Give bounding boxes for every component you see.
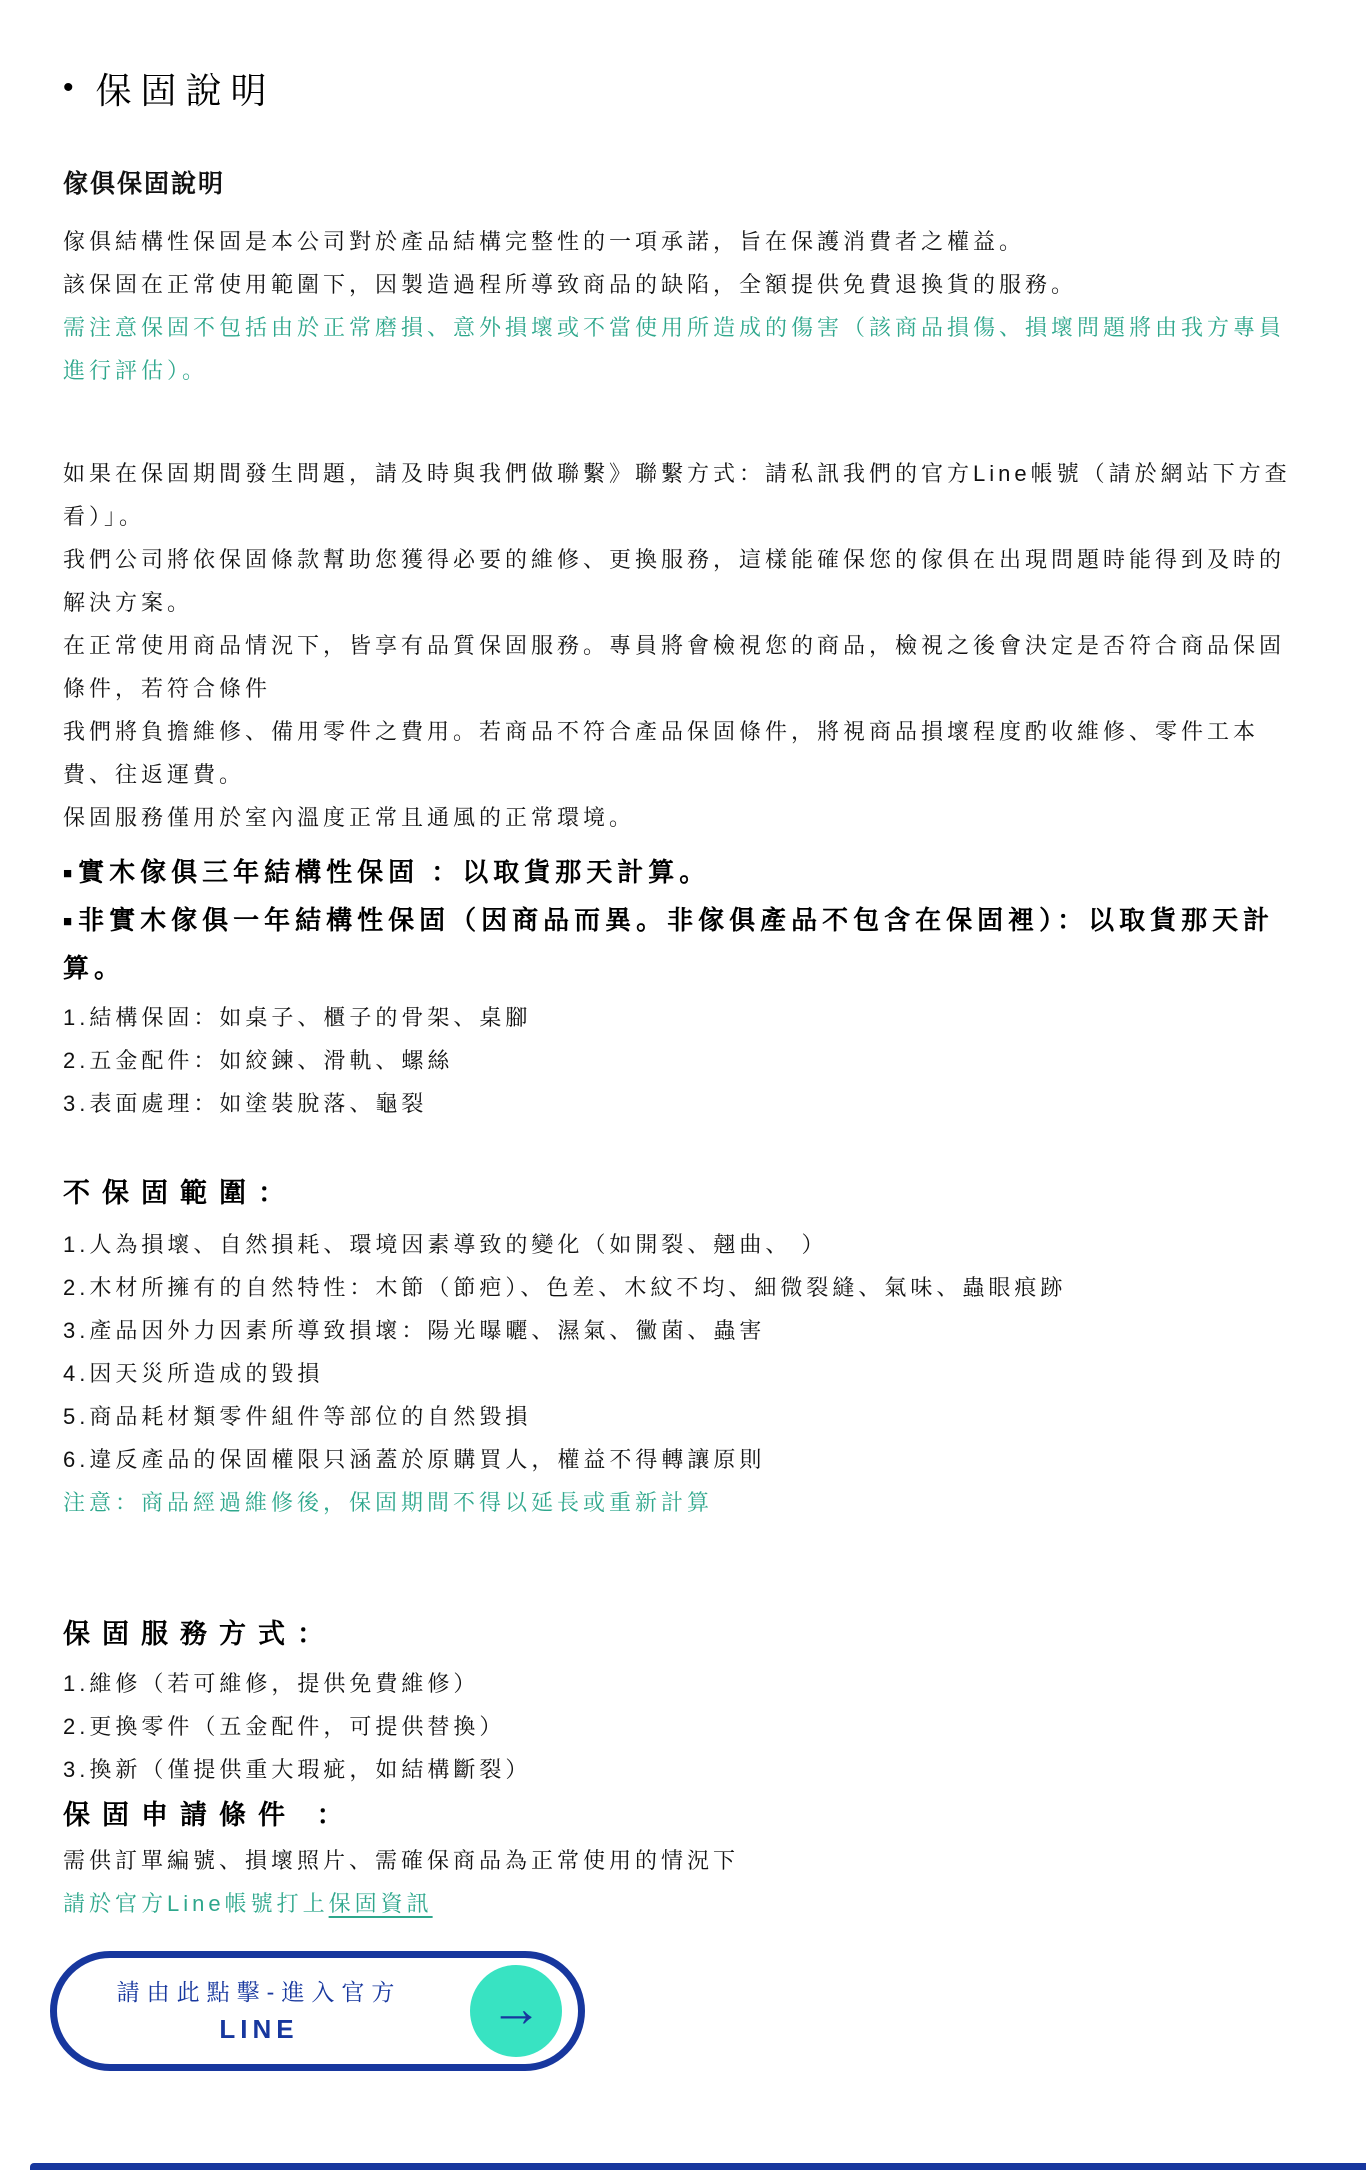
list-item: 2.更換零件（五金配件，可提供替換）	[63, 1705, 1306, 1748]
apply-requirement: 需供訂單編號、損壞照片、需確保商品為正常使用的情況下	[63, 1839, 1306, 1882]
list-item: 2.木材所擁有的自然特性：木節（節疤）、色差、木紋不均、細微裂縫、氣味、蟲眼痕跡	[63, 1266, 1306, 1309]
list-item: 5.商品耗材類零件組件等部位的自然毀損	[63, 1395, 1306, 1438]
policy-paragraph: 保固服務僅用於室內溫度正常且通風的正常環境。	[63, 796, 1306, 839]
exclusions-heading: 不保固範圍：	[63, 1169, 1306, 1217]
service-list: 1.維修（若可維修，提供免費維修） 2.更換零件（五金配件，可提供替換） 3.換…	[63, 1662, 1306, 1791]
policy-block: 如果在保固期間發生問題，請及時與我們做聯繫》聯繫方式：請私訊我們的官方Line帳…	[63, 452, 1306, 839]
list-item: 4.因天災所造成的毀損	[63, 1352, 1306, 1395]
warranty-page: • 保固說明 傢俱保固說明 傢俱結構性保固是本公司對於產品結構完整性的一項承諾，…	[0, 0, 1366, 2170]
intro-paragraph: 傢俱結構性保固是本公司對於產品結構完整性的一項承諾，旨在保護消費者之權益。	[63, 220, 1306, 263]
list-item: 1.結構保固：如桌子、櫃子的骨架、桌腳	[63, 996, 1306, 1039]
term-solid-wood: ■實木傢俱三年結構性保固 ：以取貨那天計算。	[63, 849, 1306, 897]
intro-heading: 傢俱保固說明	[63, 164, 1306, 204]
intro-paragraph: 該保固在正常使用範圍下，因製造過程所導致商品的缺陷，全額提供免費退換貨的服務。	[63, 263, 1306, 306]
intro-note: 需注意保固不包括由於正常磨損、意外損壞或不當使用所造成的傷害（該商品損傷、損壞問…	[63, 306, 1306, 392]
exclusions-note: 注意：商品經過維修後，保固期間不得以延長或重新計算	[63, 1481, 1306, 1524]
square-bullet-icon: ■	[63, 865, 72, 882]
policy-paragraph: 如果在保固期間發生問題，請及時與我們做聯繫》聯繫方式：請私訊我們的官方Line帳…	[63, 452, 1306, 538]
apply-heading: 保固申請條件 ：	[63, 1791, 1306, 1839]
term-non-solid-wood: ■非實木傢俱一年結構性保固（因商品而異。非傢俱產品不包含在保固裡）：以取貨那天計…	[63, 897, 1306, 992]
line-cta-button[interactable]: 請由此點擊-進入官方LINE →	[50, 1951, 585, 2071]
intro-block: 傢俱結構性保固是本公司對於產品結構完整性的一項承諾，旨在保護消費者之權益。 該保…	[63, 220, 1306, 392]
coverage-list: 1.結構保固：如桌子、櫃子的骨架、桌腳 2.五金配件：如絞鍊、滑軌、螺絲 3.表…	[63, 996, 1306, 1125]
page-title-text: 保固說明	[96, 63, 276, 114]
list-item: 6.違反產品的保固權限只涵蓋於原購買人，權益不得轉讓原則	[63, 1438, 1306, 1481]
list-item: 1.維修（若可維修，提供免費維修）	[63, 1662, 1306, 1705]
bullet-icon: •	[63, 71, 74, 105]
warranty-terms-block: ■實木傢俱三年結構性保固 ：以取貨那天計算。 ■非實木傢俱一年結構性保固（因商品…	[63, 849, 1306, 1125]
policy-paragraph: 在正常使用商品情況下，皆享有品質保固服務。專員將會檢視您的商品，檢視之後會決定是…	[63, 624, 1306, 710]
list-item: 2.五金配件：如絞鍊、滑軌、螺絲	[63, 1039, 1306, 1082]
warranty-info-link[interactable]: 保固資訊	[329, 1891, 433, 1916]
list-item: 3.表面處理：如塗裝脫落、龜裂	[63, 1082, 1306, 1125]
square-bullet-icon: ■	[63, 913, 72, 930]
policy-paragraph: 我們將負擔維修、備用零件之費用。若商品不符合產品保固條件，將視商品損壞程度酌收維…	[63, 710, 1306, 796]
list-item: 1.人為損壞、自然損耗、環境因素導致的變化（如開裂、翹曲、 ）	[63, 1223, 1306, 1266]
cta-arrow-circle[interactable]: →	[470, 1965, 562, 2057]
list-item: 3.換新（僅提供重大瑕疵，如結構斷裂）	[63, 1748, 1306, 1791]
cta-label: 請由此點擊-進入官方LINE	[109, 1974, 409, 2049]
exclusions-list: 1.人為損壞、自然損耗、環境因素導致的變化（如開裂、翹曲、 ） 2.木材所擁有的…	[63, 1223, 1306, 1481]
line-instruction: 請於官方Line帳號打上保固資訊	[63, 1882, 1306, 1925]
service-heading: 保固服務方式：	[63, 1610, 1306, 1658]
page-title: • 保固說明	[63, 64, 1306, 112]
list-item: 3.產品因外力因素所導致損壞：陽光曝曬、濕氣、黴菌、蟲害	[63, 1309, 1306, 1352]
arrow-right-icon: →	[490, 1983, 542, 2035]
footer-divider	[30, 2163, 1366, 2170]
policy-paragraph: 我們公司將依保固條款幫助您獲得必要的維修、更換服務，這樣能確保您的傢俱在出現問題…	[63, 538, 1306, 624]
